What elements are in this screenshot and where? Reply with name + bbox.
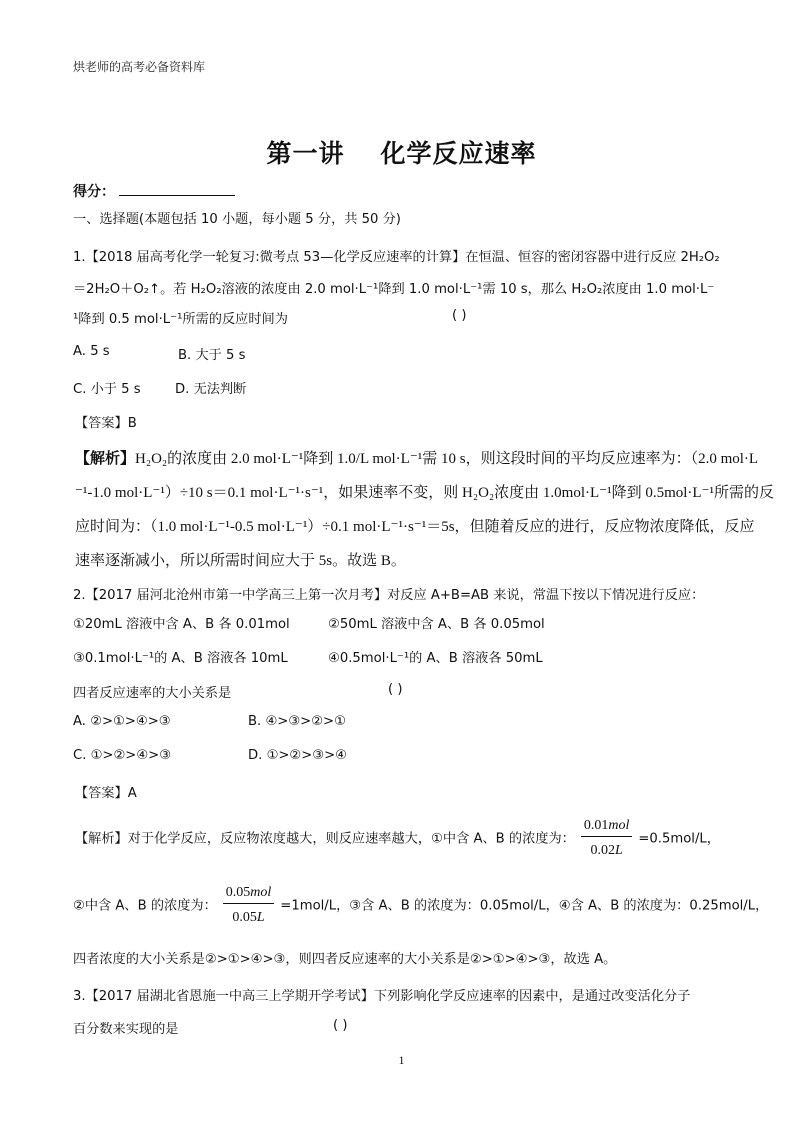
q2-line-1: 2.【2017 届河北沧州市第一中学高三上第一次月考】对反应 A+B=AB 来说… — [73, 584, 704, 603]
q2-analysis-1: 【解析】对于化学反应，反应物浓度越大，则反应速率越大，①中含 A、B 的浓度为：… — [75, 818, 720, 859]
q2-condition-1: ①20mL 溶液中含 A、B 各 0.01mol — [73, 613, 290, 632]
q1-analysis-3: 应时间为：（1.0 mol·L⁻¹-0.5 mol·L⁻¹）÷0.1 mol·L… — [75, 515, 755, 536]
q1-analysis-4: 速率逐渐减小，所以所需时间应大于 5s。故选 B。 — [75, 549, 406, 570]
q1-stem-3: ¹降到 0.5 mol·L⁻¹所需的反应时间为 — [73, 312, 288, 327]
score-blank-line — [119, 183, 235, 196]
q1-option-c: C. 小于 5 s — [73, 378, 141, 397]
q1-source: 【2018 届高考化学一轮复习:微考点 53—化学反应速率的计算】 — [86, 250, 466, 265]
q2-option-d: D. ①>②>③>④ — [248, 748, 347, 763]
q1-option-d: D. 无法判断 — [175, 378, 246, 397]
q1-stem-1: 在恒温、恒容的密闭容器中进行反应 2H₂O₂ — [465, 250, 719, 265]
q3-stem-2: 百分数来实现的是 — [73, 1018, 179, 1037]
q2-question: 四者反应速率的大小关系是 — [73, 682, 231, 701]
q3-line-1: 3.【2017 届湖北省恩施一中高三上学期开学考试】下列影响化学反应速率的因素中… — [73, 985, 690, 1004]
q2-source: 【2017 届河北沧州市第一中学高三上第一次月考】 — [86, 588, 388, 603]
title-topic: 化学反应速率 — [381, 139, 537, 168]
q1-number: 1. — [73, 250, 86, 265]
q3-answer-blank: ( ) — [333, 1018, 347, 1033]
q2-analysis-3: 四者浓度的大小关系是②>①>④>③，则四者反应速率的大小关系是②>①>④>③，故… — [73, 948, 616, 967]
q3-stem-1: 下列影响化学反应速率的因素中，是通过改变活化分子 — [374, 989, 691, 1004]
score-label: 得分： — [73, 184, 115, 200]
q1-option-b: B. 大于 5 s — [178, 344, 245, 363]
q1-option-a: A. 5 s — [73, 344, 110, 359]
q2-answer-value: A — [128, 786, 137, 801]
q2-option-a: A. ②>①>④>③ — [73, 714, 171, 729]
q3-source: 【2017 届湖北省恩施一中高三上学期开学考试】 — [86, 989, 374, 1004]
q2-condition-4: ④0.5mol·L⁻¹的 A、B 溶液各 50mL — [328, 647, 543, 666]
q1-line-1: 1.【2018 届高考化学一轮复习:微考点 53—化学反应速率的计算】在恒温、恒… — [73, 246, 720, 265]
q2-number: 2. — [73, 588, 86, 603]
q2-answer-blank: ( ) — [388, 682, 402, 697]
page-title: 第一讲化学反应速率 — [0, 134, 803, 170]
q1-answer: 【答案】B — [75, 412, 137, 431]
fraction-2: 0.05mol0.05L — [223, 885, 275, 926]
title-lecture: 第一讲 — [266, 139, 344, 168]
score-field: 得分： — [73, 181, 235, 201]
q1-answer-value: B — [128, 416, 137, 431]
q1-line-3: ¹降到 0.5 mol·L⁻¹所需的反应时间为 — [73, 308, 288, 327]
q1-answer-blank: ( ) — [452, 308, 466, 323]
q2-condition-2: ②50mL 溶液中含 A、B 各 0.05mol — [328, 613, 545, 632]
q2-option-c: C. ①>②>④>③ — [73, 748, 171, 763]
header-source: 烘老师的高考必备资料库 — [73, 58, 205, 75]
q3-number: 3. — [73, 989, 86, 1004]
q2-option-b: B. ④>③>②>① — [248, 714, 346, 729]
fraction-1: 0.01mol0.02L — [581, 818, 633, 859]
q1-stem-2: ＝2H₂O＋O₂↑。若 H₂O₂溶液的浓度由 2.0 mol·L⁻¹降到 1.0… — [73, 278, 714, 297]
page-number: 1 — [0, 1053, 803, 1068]
q1-analysis-1: 【解析】H₂O₂的浓度由 2.0 mol·L⁻¹降到 1.0/L mol·L⁻¹… — [75, 447, 758, 468]
q2-condition-3: ③0.1mol·L⁻¹的 A、B 溶液各 10mL — [73, 647, 288, 666]
q1-analysis-2: ⁻¹-1.0 mol·L⁻¹）÷10 s＝0.1 mol·L⁻¹·s⁻¹，如果速… — [75, 481, 774, 502]
q2-stem: 对反应 A+B=AB 来说，常温下按以下情况进行反应： — [387, 588, 704, 603]
section-heading: 一、选择题(本题包括 10 小题，每小题 5 分，共 50 分) — [73, 208, 401, 227]
q2-analysis-2: ②中含 A、B 的浓度为：0.05mol0.05L=1mol/L，③含 A、B … — [73, 885, 768, 926]
q2-answer: 【答案】A — [75, 782, 137, 801]
